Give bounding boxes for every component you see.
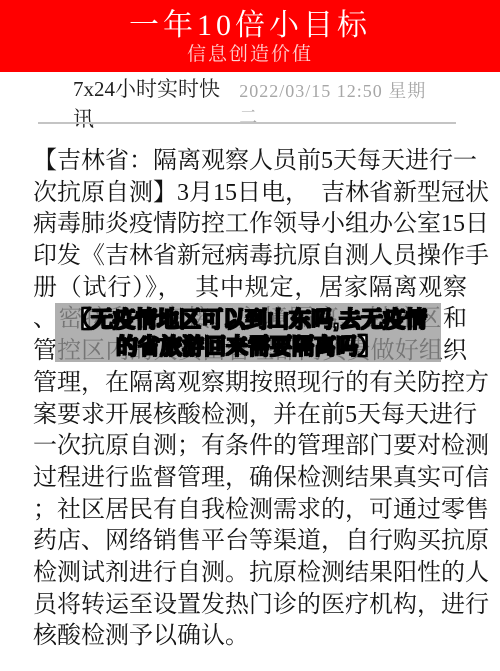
overlay-title-box: 【无疫情地区可以到山东吗,去无疫情 的省旅游回来需要隔离吗】 [55, 303, 441, 362]
article-line: ；社区居民有自我检测需求的，可通过零售 [33, 495, 467, 527]
article-line: 【吉林省：隔离观察人员前5天每天进行一 [33, 146, 467, 178]
section-divider [38, 122, 456, 124]
article-line: 管理，在隔离观察期按照现行的有关防控方 [33, 368, 467, 400]
article-line: 检测试剂进行自测。抗原检测结果阳性的人 [33, 558, 467, 590]
article-line: 病毒肺炎疫情防控工作领导小组办公室15日 [33, 209, 467, 241]
brand-slogan: 信息创造价值 [0, 43, 500, 67]
article-line: 核酸检测予以确认。 [33, 621, 467, 653]
overlay-title-line-1: 【无疫情地区可以到山东吗,去无疫情 [69, 306, 427, 333]
article-line: 案要求开展核酸检测，并在前5天每天进行 [33, 400, 467, 432]
ticker-row: 7x24小时实时快讯 2022/03/15 12:50 星期二 [0, 88, 500, 118]
ticker-label: 7x24小时实时快讯 [73, 73, 239, 133]
article-line: 印发《吉林省新冠病毒抗原自测人员操作手 [33, 241, 467, 273]
article-body: 【吉林省：隔离观察人员前5天每天进行一 次抗原自测】3月15日电， 吉林省新型冠… [33, 146, 467, 653]
article-line: 过程进行监督管理，确保检测结果真实可信 [33, 463, 467, 495]
overlay-title-line-2: 的省旅游回来需要隔离吗】 [116, 333, 380, 360]
article-line: 药店、网络销售平台等渠道，自行购买抗原 [33, 526, 467, 558]
news-flash-page: 一年10倍小目标 信息创造价值 7x24小时实时快讯 2022/03/15 12… [0, 0, 500, 671]
brand-title: 一年10倍小目标 [0, 0, 500, 43]
article-line: 员将转运至设置发热门诊的医疗机构，进行 [33, 590, 467, 622]
article-line: 册（试行）》， 其中规定，居家隔离观察 [33, 273, 467, 305]
brand-banner: 一年10倍小目标 信息创造价值 [0, 0, 500, 72]
article-line: 次抗原自测】3月15日电， 吉林省新型冠状 [33, 178, 467, 210]
article-line: 一次抗原自测；有条件的管理部门要对检测 [33, 431, 467, 463]
